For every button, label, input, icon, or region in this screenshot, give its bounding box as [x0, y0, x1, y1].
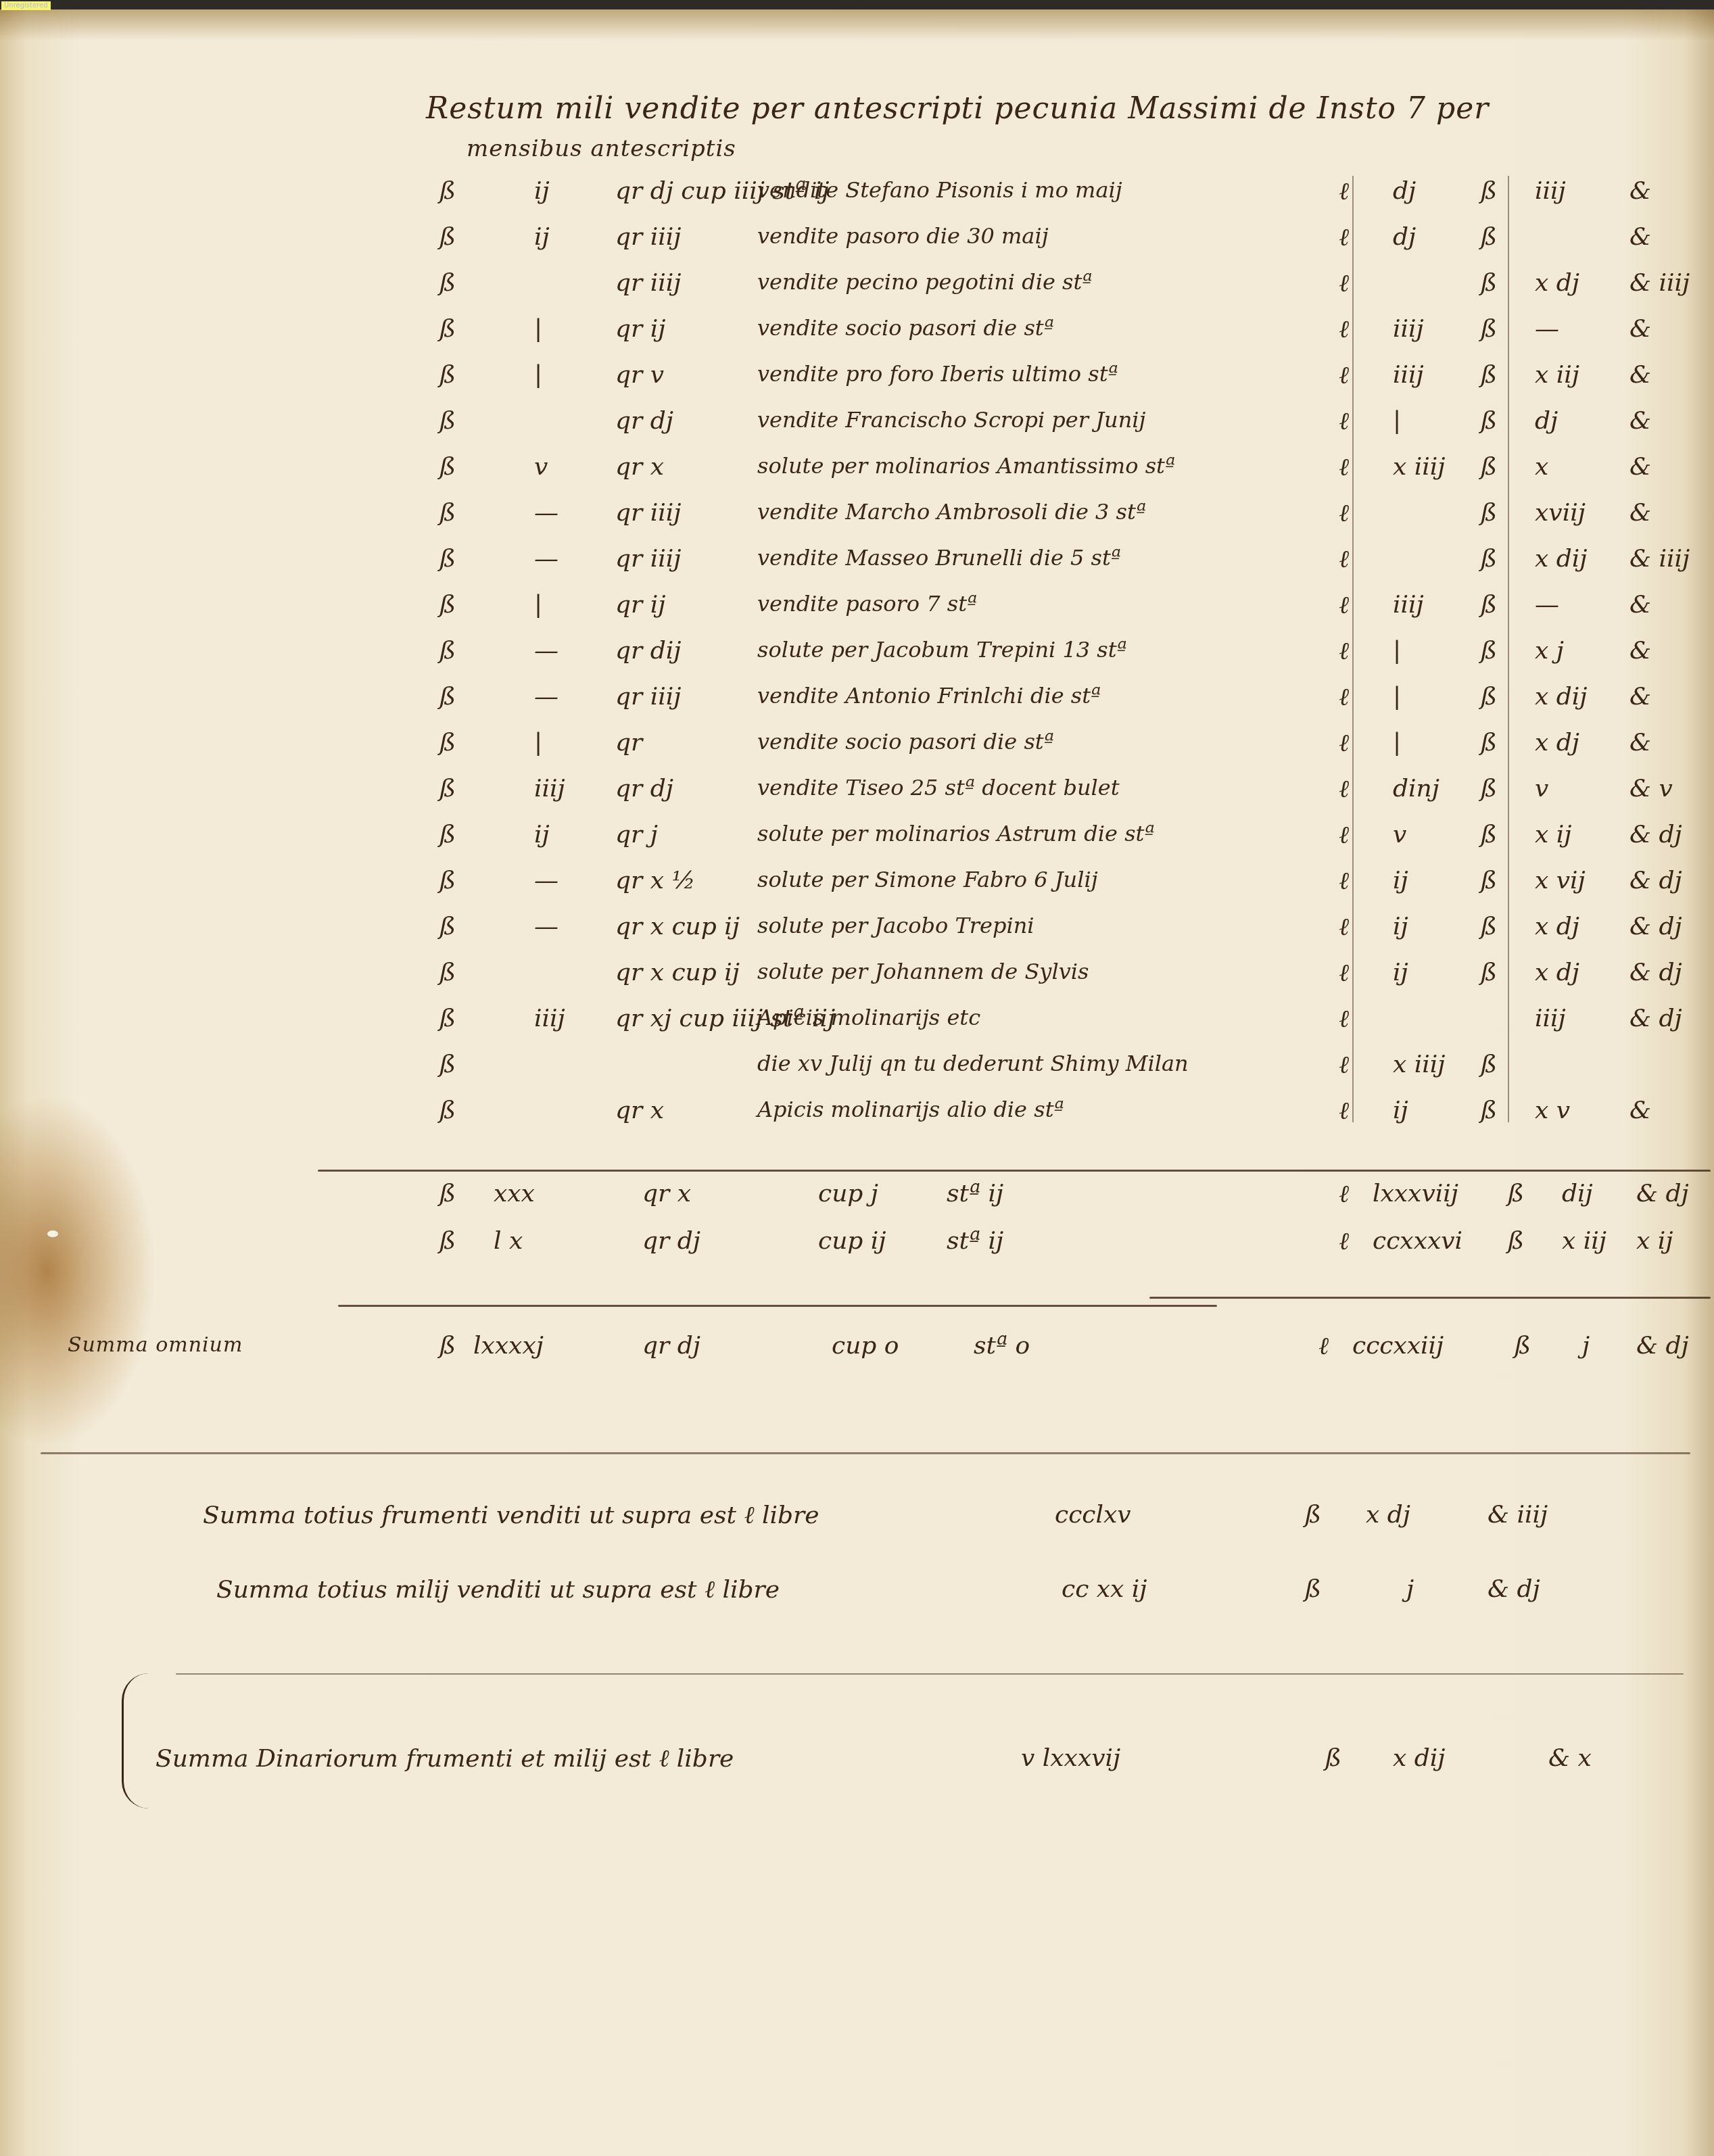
subtotal-soldi-sign: ß: [1508, 1180, 1524, 1207]
summa-qty: qr dj: [642, 1332, 700, 1360]
entry-soldi-sign: ß: [1481, 499, 1497, 527]
ledger-row: ßqr x cup ijsolute per Johannem de Sylvi…: [0, 959, 1714, 986]
entry-description: vendite pro foro Iberis ultimo stª: [757, 361, 1118, 387]
entry-description: die xv Julij qn tu dederunt Shimy Milan: [757, 1051, 1189, 1076]
entry-prefix: |: [534, 729, 542, 757]
entry-quantity: qr x cup ij: [615, 913, 740, 940]
subtotal-soldi: dij: [1562, 1180, 1593, 1207]
entry-description: vendite pasoro die 30 maij: [757, 223, 1049, 249]
entry-description: solute per molinarios Amantissimo stª: [757, 453, 1175, 479]
total-frumenti-label: Summa totius frumenti venditi ut supra e…: [203, 1501, 819, 1529]
grand-total-soldi: x dij: [1393, 1744, 1445, 1772]
entry-mark: ß: [439, 407, 456, 435]
entry-mark: ß: [439, 775, 456, 802]
ledger-row: ßqr djvendite Francischo Scropi per Juni…: [0, 407, 1714, 434]
entry-quantity: qr iiij: [615, 223, 681, 251]
entry-description: solute per Jacobo Trepini: [757, 913, 1034, 938]
entry-mark: ß: [439, 545, 456, 573]
entry-soldi: x vij: [1535, 867, 1586, 894]
subtotal-count: xxx: [494, 1180, 535, 1207]
ledger-row: ß—qr dijsolute per Jacobum Trepini 13 st…: [0, 637, 1714, 664]
entry-quantity: qr j: [615, 821, 658, 848]
entry-description: solute per molinarios Astrum die stª: [757, 821, 1155, 846]
entry-libre-sign: ℓ: [1339, 453, 1349, 481]
ledger-row: ß|qr vvendite pro foro Iberis ultimo stª…: [0, 361, 1714, 388]
entry-soldi: x v: [1535, 1097, 1570, 1124]
entry-libre-sign: ℓ: [1339, 867, 1349, 895]
entry-mark: ß: [439, 315, 456, 343]
subtotal-cup: cup ij: [818, 1227, 886, 1255]
entry-mark: ß: [439, 867, 456, 894]
entry-soldi-sign: ß: [1481, 821, 1497, 848]
ledger-row: ßiiijqr xj cup iiij stª iijApicis molina…: [0, 1005, 1714, 1032]
total-milij-soldi-sign: ß: [1305, 1575, 1321, 1603]
subtotal-soldi: x iij: [1562, 1227, 1606, 1255]
entry-soldi-sign: ß: [1481, 453, 1497, 481]
subtotal-denari: x ij: [1636, 1227, 1673, 1255]
entry-soldi-sign: ß: [1481, 545, 1497, 573]
entry-description: vendite pecino pegotini die stª: [757, 269, 1093, 295]
entry-denari: &: [1629, 315, 1651, 343]
entry-libre-sign: ℓ: [1339, 1097, 1349, 1125]
entry-description: solute per Simone Fabro 6 Julij: [757, 867, 1098, 892]
subtotal-qty: qr dj: [642, 1227, 700, 1255]
entry-description: solute per Jacobum Trepini 13 stª: [757, 637, 1127, 663]
entry-libre-sign: ℓ: [1339, 269, 1349, 297]
entry-denari: &: [1629, 637, 1651, 665]
entry-denari: & dj: [1629, 959, 1682, 986]
total-milij-row: Summa totius milij venditi ut supra est …: [0, 1575, 1714, 1602]
ledger-row: ß|qr ijvendite socio pasori die stªℓiiij…: [0, 315, 1714, 342]
entry-denari: & dj: [1629, 913, 1682, 940]
ledger-row: ßdie xv Julij qn tu dederunt Shimy Milan…: [0, 1051, 1714, 1078]
ledger-row: ß—qr iiijvendite Marcho Ambrosoli die 3 …: [0, 499, 1714, 526]
entry-mark: ß: [439, 223, 456, 251]
entry-mark: ß: [439, 959, 456, 986]
grand-total-libre: v lxxxvij: [1021, 1744, 1120, 1772]
entry-soldi: x dj: [1535, 729, 1579, 757]
entry-libre: iiij: [1393, 315, 1424, 343]
entry-libre-sign: ℓ: [1339, 637, 1349, 665]
entry-soldi: x dj: [1535, 913, 1579, 940]
summa-libre-sign: ℓ: [1318, 1332, 1329, 1360]
entry-denari: &: [1629, 361, 1651, 389]
subtotal-row: ß xxx qr x cup j stª ij ℓ lxxxviij ß dij…: [0, 1180, 1714, 1207]
entry-denari: &: [1629, 453, 1651, 481]
total-milij-label: Summa totius milij venditi ut supra est …: [216, 1575, 780, 1604]
total-frumenti-denari: & iiij: [1487, 1501, 1548, 1529]
entry-mark: ß: [439, 1097, 456, 1124]
summa-libre: cccxxiij: [1352, 1332, 1444, 1360]
entry-denari: &: [1629, 177, 1651, 205]
entry-prefix: ij: [534, 821, 550, 848]
entry-soldi-sign: ß: [1481, 591, 1497, 619]
grand-total-bracket: [122, 1673, 151, 1808]
entry-prefix: |: [534, 315, 542, 343]
entry-description: Apicis molinarijs alio die stª: [757, 1097, 1064, 1122]
entry-libre: dj: [1393, 177, 1416, 205]
entry-libre: x iiij: [1393, 1051, 1445, 1078]
entry-soldi-sign: ß: [1481, 913, 1497, 940]
entry-quantity: qr x cup ij: [615, 959, 740, 986]
entry-soldi: v: [1535, 775, 1548, 802]
entry-prefix: —: [534, 867, 558, 894]
entry-denari: &: [1629, 407, 1651, 435]
entry-quantity: qr ij: [615, 591, 665, 619]
subtotal-denari: & dj: [1636, 1180, 1689, 1207]
total-milij-denari: & dj: [1487, 1575, 1540, 1603]
ledger-row: ßiiijqr djvendite Tiseo 25 stª docent bu…: [0, 775, 1714, 802]
entry-description: vendite Francischo Scropi per Junij: [757, 407, 1145, 433]
entry-mark: ß: [439, 729, 456, 757]
entry-soldi: x dij: [1535, 683, 1587, 711]
entry-denari: &: [1629, 729, 1651, 757]
unregistered-watermark: Unregistered: [1, 1, 51, 10]
entry-mark: ß: [439, 1051, 456, 1078]
summa-st: stª o: [974, 1332, 1030, 1360]
entry-quantity: qr iiij: [615, 499, 681, 527]
entry-libre: ij: [1393, 1097, 1408, 1124]
entry-libre-sign: ℓ: [1339, 361, 1349, 389]
summa-soldi-sign: ß: [1515, 1332, 1531, 1360]
entry-soldi: x ij: [1535, 821, 1571, 848]
summa-soldi: j: [1582, 1332, 1590, 1360]
entry-prefix: |: [534, 361, 542, 389]
subtotal-row: ß l x qr dj cup ij stª ij ℓ ccxxxvi ß x …: [0, 1227, 1714, 1254]
entry-soldi-sign: ß: [1481, 959, 1497, 986]
entry-denari: & dj: [1629, 867, 1682, 894]
entry-mark: ß: [439, 361, 456, 389]
entry-mark: ß: [439, 821, 456, 848]
entry-soldi-sign: ß: [1481, 177, 1497, 205]
entry-quantity: qr iiij: [615, 683, 681, 711]
entry-libre-sign: ℓ: [1339, 177, 1349, 206]
entry-libre-sign: ℓ: [1339, 591, 1349, 619]
entry-prefix: —: [534, 545, 558, 573]
grand-total-denari: & x: [1548, 1744, 1592, 1772]
entry-description: vendite socio pasori die stª: [757, 729, 1054, 754]
subtotal-libre-sign: ℓ: [1339, 1180, 1349, 1208]
entry-description: Apicis molinarijs etc: [757, 1005, 980, 1030]
entry-soldi-sign: ß: [1481, 637, 1497, 665]
entry-soldi: —: [1535, 591, 1559, 619]
entry-mark: ß: [439, 591, 456, 619]
ledger-row: ß—qr x cup ijsolute per Jacobo Trepiniℓi…: [0, 913, 1714, 940]
total-frumenti-row: Summa totius frumenti venditi ut supra e…: [0, 1501, 1714, 1528]
ledger-row: ßijqr dj cup iiij stª ijvendite Stefano …: [0, 177, 1714, 204]
summa-omnium-row: ß lxxxxj qr dj cup o stª o ℓ cccxxiij ß …: [0, 1332, 1714, 1359]
entry-libre-sign: ℓ: [1339, 913, 1349, 941]
entry-prefix: ij: [534, 177, 550, 205]
subtotal-st: stª ij: [947, 1180, 1003, 1207]
entry-prefix: —: [534, 683, 558, 711]
entry-prefix: ij: [534, 223, 550, 251]
entry-mark: ß: [439, 177, 456, 205]
entry-libre-sign: ℓ: [1339, 499, 1349, 527]
entry-quantity: qr dij: [615, 637, 681, 665]
entry-soldi-sign: ß: [1481, 867, 1497, 894]
entry-mark: ß: [439, 499, 456, 527]
entry-quantity: qr v: [615, 361, 664, 389]
entry-soldi: —: [1535, 315, 1559, 343]
entry-prefix: |: [534, 591, 542, 619]
entry-denari: & v: [1629, 775, 1673, 802]
entry-prefix: —: [534, 499, 558, 527]
entry-libre: iiij: [1393, 361, 1424, 389]
entry-soldi-sign: ß: [1481, 775, 1497, 802]
entry-libre-sign: ℓ: [1339, 821, 1349, 849]
entry-soldi: iiij: [1535, 177, 1566, 205]
total-milij-libre: cc xx ij: [1062, 1575, 1147, 1603]
subtotal-mark: ß: [439, 1180, 456, 1207]
entry-quantity: qr x: [615, 1097, 664, 1124]
entry-quantity: qr iiij: [615, 545, 681, 573]
entry-soldi-sign: ß: [1481, 269, 1497, 297]
total-milij-soldi: j: [1406, 1575, 1414, 1603]
entry-soldi: xviij: [1535, 499, 1586, 527]
summa-cup: cup o: [832, 1332, 899, 1360]
entry-libre: |: [1393, 637, 1401, 665]
entry-description: vendite Masseo Brunelli die 5 stª: [757, 545, 1121, 571]
entry-description: vendite Tiseo 25 stª docent bulet: [757, 775, 1120, 800]
subtotal-libre: ccxxxvi: [1373, 1227, 1462, 1255]
entry-soldi-sign: ß: [1481, 683, 1497, 711]
entry-libre-sign: ℓ: [1339, 545, 1349, 573]
total-frumenti-soldi-sign: ß: [1305, 1501, 1321, 1529]
entry-mark: ß: [439, 269, 456, 297]
entry-quantity: qr dj: [615, 775, 673, 802]
entry-soldi-sign: ß: [1481, 1097, 1497, 1124]
ledger-row: ßqr iiijvendite pecino pegotini die stªℓ…: [0, 269, 1714, 296]
grand-total-label: Summa Dinariorum frumenti et milij est ℓ…: [156, 1744, 734, 1773]
ledger-row: ßijqr jsolute per molinarios Astrum die …: [0, 821, 1714, 848]
entry-mark: ß: [439, 1005, 456, 1032]
subtotal-libre-sign: ℓ: [1339, 1227, 1349, 1255]
total-frumenti-soldi: x dj: [1366, 1501, 1410, 1529]
entry-quantity: qr dj: [615, 407, 673, 435]
entry-libre-sign: ℓ: [1339, 1005, 1349, 1033]
total-frumenti-libre: ccclxv: [1055, 1501, 1131, 1529]
entry-soldi: x dj: [1535, 269, 1579, 297]
entry-description: vendite Stefano Pisonis i mo maij: [757, 177, 1122, 203]
entry-soldi: x iij: [1535, 361, 1579, 389]
entry-prefix: v: [534, 453, 548, 481]
entry-soldi-sign: ß: [1481, 361, 1497, 389]
entry-description: vendite Antonio Frinlchi die stª: [757, 683, 1101, 709]
subtotal-rule-bottom-right: [1149, 1297, 1711, 1299]
ledger-row: ß—qr iiijvendite Antonio Frinlchi die st…: [0, 683, 1714, 710]
entry-libre: |: [1393, 729, 1401, 757]
entry-quantity: qr x ½: [615, 867, 695, 894]
entry-soldi: x: [1535, 453, 1548, 481]
entry-libre-sign: ℓ: [1339, 959, 1349, 987]
entry-quantity: qr iiij: [615, 269, 681, 297]
entry-mark: ß: [439, 683, 456, 711]
entry-libre: x iiij: [1393, 453, 1445, 481]
entry-denari: &: [1629, 499, 1651, 527]
entry-soldi: x dj: [1535, 959, 1579, 986]
summa-count: lxxxxj: [473, 1332, 544, 1360]
entry-denari: &: [1629, 223, 1651, 251]
entry-mark: ß: [439, 637, 456, 665]
entry-libre: v: [1393, 821, 1406, 848]
entry-quantity: qr ij: [615, 315, 665, 343]
entry-prefix: iiij: [534, 1005, 565, 1032]
entry-denari: & dj: [1629, 1005, 1682, 1032]
entry-soldi-sign: ß: [1481, 407, 1497, 435]
ledger-row: ß|qr ijvendite pasoro 7 stªℓiiijß—&: [0, 591, 1714, 618]
entry-libre: iiij: [1393, 591, 1424, 619]
entry-mark: ß: [439, 453, 456, 481]
header-line-1: Restum mili vendite per antescripti pecu…: [426, 91, 1489, 126]
page-top-edge: [0, 0, 1714, 9]
entry-description: solute per Johannem de Sylvis: [757, 959, 1089, 984]
entry-denari: & iiij: [1629, 545, 1690, 573]
entry-description: vendite Marcho Ambrosoli die 3 stª: [757, 499, 1146, 525]
entry-libre-sign: ℓ: [1339, 775, 1349, 803]
subtotal-libre: lxxxviij: [1373, 1180, 1458, 1207]
entry-description: vendite socio pasori die stª: [757, 315, 1054, 341]
entry-prefix: —: [534, 637, 558, 665]
entry-libre: ij: [1393, 913, 1408, 940]
ledger-row: ßijqr iiijvendite pasoro die 30 maijℓdjß…: [0, 223, 1714, 250]
entry-soldi: x j: [1535, 637, 1564, 665]
entry-soldi-sign: ß: [1481, 223, 1497, 251]
entry-libre-sign: ℓ: [1339, 223, 1349, 251]
entry-prefix: —: [534, 913, 558, 940]
entry-denari: & dj: [1629, 821, 1682, 848]
entry-libre-sign: ℓ: [1339, 407, 1349, 435]
entry-prefix: iiij: [534, 775, 565, 802]
entry-libre: |: [1393, 683, 1401, 711]
entry-denari: &: [1629, 1097, 1651, 1124]
summa-mark: ß: [439, 1332, 456, 1360]
entry-soldi-sign: ß: [1481, 1051, 1497, 1078]
subtotal-st: stª ij: [947, 1227, 1003, 1255]
entry-denari: &: [1629, 683, 1651, 711]
entry-libre: dj: [1393, 223, 1416, 251]
grand-total-soldi-sign: ß: [1325, 1744, 1341, 1772]
section-rule: [41, 1452, 1690, 1454]
entry-libre: ij: [1393, 959, 1408, 986]
ledger-row: ßvqr xsolute per molinarios Amantissimo …: [0, 453, 1714, 480]
entry-description: vendite pasoro 7 stª: [757, 591, 977, 617]
subtotal-mark: ß: [439, 1227, 456, 1255]
entry-soldi: dj: [1535, 407, 1558, 435]
entry-libre-sign: ℓ: [1339, 315, 1349, 343]
subtotal-count: l x: [494, 1227, 523, 1255]
grand-total-row: Summa Dinariorum frumenti et milij est ℓ…: [0, 1744, 1714, 1771]
entry-soldi: x dij: [1535, 545, 1587, 573]
entry-quantity: qr x: [615, 453, 664, 481]
subtotal-soldi-sign: ß: [1508, 1227, 1524, 1255]
subtotal-qty: qr x: [642, 1180, 691, 1207]
entry-soldi-sign: ß: [1481, 729, 1497, 757]
entry-libre: ij: [1393, 867, 1408, 894]
ledger-row: ß—qr x ½solute per Simone Fabro 6 Julijℓ…: [0, 867, 1714, 894]
entry-mark: ß: [439, 913, 456, 940]
subtotal-rule-bottom-left: [338, 1305, 1217, 1307]
grand-total-rule: [176, 1673, 1684, 1675]
entry-libre-sign: ℓ: [1339, 729, 1349, 757]
subtotal-rule-top: [318, 1170, 1711, 1172]
entry-libre-sign: ℓ: [1339, 1051, 1349, 1079]
ledger-row: ßqr xApicis molinarijs alio die stªℓijßx…: [0, 1097, 1714, 1124]
summa-denari: & dj: [1636, 1332, 1689, 1360]
entry-libre: dinj: [1393, 775, 1439, 802]
entry-denari: &: [1629, 591, 1651, 619]
header-line-2: mensibus antescriptis: [467, 135, 736, 162]
entry-libre-sign: ℓ: [1339, 683, 1349, 711]
entry-denari: & iiij: [1629, 269, 1690, 297]
ledger-row: ß|qrvendite socio pasori die stªℓ|ßx dj&: [0, 729, 1714, 756]
entry-quantity: qr: [615, 729, 642, 757]
entry-soldi: iiij: [1535, 1005, 1566, 1032]
subtotal-cup: cup j: [818, 1180, 878, 1207]
ledger-row: ß—qr iiijvendite Masseo Brunelli die 5 s…: [0, 545, 1714, 572]
entry-libre: |: [1393, 407, 1401, 435]
entry-soldi-sign: ß: [1481, 315, 1497, 343]
